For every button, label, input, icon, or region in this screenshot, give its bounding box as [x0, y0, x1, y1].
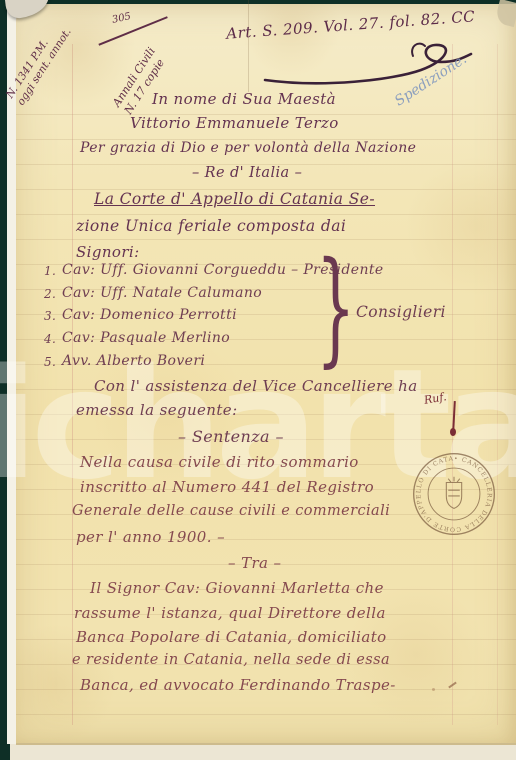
manuscript-line: La Corte d' Appello di Catania Se- — [94, 190, 375, 208]
manuscript-line: Banca, ed avvocato Ferdinando Traspe- — [80, 676, 396, 694]
manuscript-line: Banca Popolare di Catania, domiciliato — [76, 628, 387, 646]
judge-number: 4. — [44, 332, 56, 346]
court-stamp: • CANCELLERIA DELLA CORTE D'APPELLO DI C… — [406, 446, 502, 542]
fold-crease — [248, 0, 249, 92]
manuscript-line: emessa la seguente: — [76, 401, 238, 419]
manuscript-line: per l' anno 1900. – — [76, 528, 225, 546]
manuscript-line: – Tra – — [228, 554, 281, 572]
ink-dot — [432, 688, 435, 691]
manuscript-line: rassume l' istanza, qual Direttore della — [74, 604, 386, 622]
manuscript-line: Generale delle cause civili e commercial… — [72, 503, 390, 519]
manuscript-line: – Sentenza – — [178, 427, 284, 446]
manuscript-line: Nella causa civile di rito sommario — [80, 453, 359, 471]
judge-number: 1. — [44, 264, 56, 278]
manuscript-line: – Re d' Italia – — [192, 165, 302, 181]
manuscript-line: Con l' assistenza del Vice Cancelliere h… — [94, 377, 418, 395]
underlying-sheet — [10, 744, 516, 760]
manuscript-line: inscritto al Numero 441 del Registro — [80, 478, 374, 496]
manuscript-line: Vittorio Emmanuele Terzo — [130, 114, 339, 132]
judge-number: 2. — [44, 287, 56, 301]
manuscript-line: zione Unica feriale composta dai — [76, 217, 346, 235]
document-scan: icharta N. 1341 P.M. oggi sent. annot. 3… — [0, 0, 516, 760]
manuscript-line: e residente in Catania, nella sede di es… — [72, 652, 390, 668]
manuscript-line: Per grazia di Dio e per volontà della Na… — [80, 140, 416, 156]
manuscript-line: Signori: — [76, 243, 140, 261]
judge-number: 5. — [44, 355, 56, 369]
brace-icon: } — [316, 248, 355, 368]
judge-name: Cav: Domenico Perrotti — [62, 307, 237, 323]
judges-brace-label: Consiglieri — [356, 303, 446, 321]
judge-name: Cav: Uff. Natale Calumano — [62, 285, 262, 301]
judge-number: 3. — [44, 309, 56, 323]
judge-name: Avv. Alberto Boveri — [62, 353, 205, 369]
judge-name: Cav: Pasquale Merlino — [62, 330, 230, 346]
manuscript-line: In nome di Sua Maestà — [152, 90, 336, 108]
manuscript-line: Il Signor Cav: Giovanni Marletta che — [90, 579, 384, 597]
ink-blob — [450, 428, 456, 436]
